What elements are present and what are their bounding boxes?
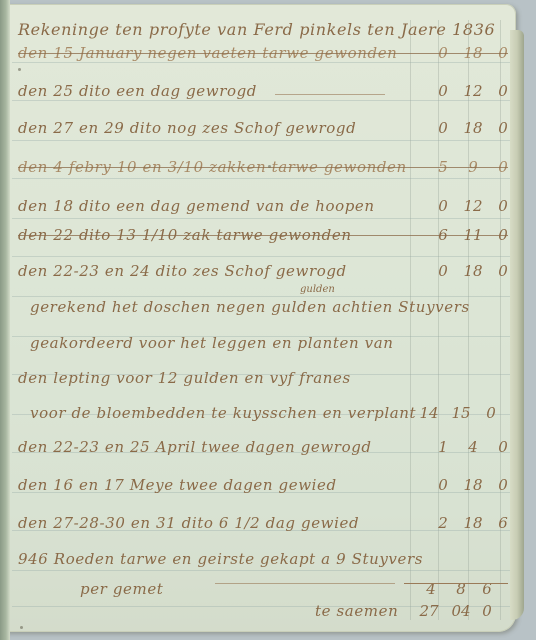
amount-stuyvers: 12 — [462, 82, 484, 100]
entry-text: den lepting voor 12 gulden en vyf franes — [18, 369, 351, 387]
amount-gulden: 0 — [432, 197, 454, 215]
entry-text: den 4 febry 10 en 3/10 zakken tarwe gewo… — [18, 158, 407, 176]
amount-gulden: 6 — [432, 226, 454, 244]
amount-penningen: 0 — [492, 438, 514, 456]
amount-gulden: 2 — [432, 514, 454, 532]
entry-text: per gemet — [80, 580, 163, 598]
ledger-entry: den 4 febry 10 en 3/10 zakken tarwe gewo… — [18, 152, 508, 182]
amount-gulden: 0 — [432, 44, 454, 62]
ledger-entry: den 22 dito 13 1/10 zak tarwe gewonden 6… — [18, 220, 508, 250]
amount-gulden: 5 — [432, 158, 454, 176]
ledger-entry: voor de bloembedden te kuysschen en verp… — [30, 398, 520, 428]
ledger-total: te saemen 27 04 0 — [300, 596, 510, 626]
amount-stuyvers: 12 — [462, 197, 484, 215]
entry-text: 946 Roeden tarwe en geirste gekapt a 9 S… — [18, 550, 423, 568]
amount-penningen: 6 — [492, 514, 514, 532]
total-label: te saemen — [315, 602, 398, 620]
ledger-entry: den 22-23 en 25 April twee dagen gewrogd… — [18, 432, 508, 462]
amount-penningen: 0 — [492, 119, 514, 137]
amount-penningen: 0 — [480, 404, 502, 422]
book-binding — [0, 0, 10, 640]
entry-text: den 18 dito een dag gemend van de hoopen — [18, 197, 375, 215]
entry-text: den 22-23 en 25 April twee dagen gewrogd — [18, 438, 372, 456]
amount-stuyvers: 18 — [462, 514, 484, 532]
ledger-entry: den 27 en 29 dito nog zes Schof gewrogd … — [18, 113, 508, 143]
ledger-entry: geakordeerd voor het leggen en planten v… — [30, 328, 520, 358]
ledger-entry: den 22-23 en 24 dito zes Schof gewrogd 0… — [18, 256, 508, 286]
amount-penningen: 0 — [492, 476, 514, 494]
ledger-entry: den 15 January negen vaeten tarwe gewond… — [18, 38, 508, 68]
entry-text: den 27 en 29 dito nog zes Schof gewrogd — [18, 119, 356, 137]
amount-penningen: 0 — [492, 82, 514, 100]
amount-stuyvers: 15 — [450, 404, 472, 422]
total-penningen: 0 — [476, 602, 498, 620]
amount-penningen: 0 — [492, 197, 514, 215]
ledger-entry: den lepting voor 12 gulden en vyf franes — [18, 363, 508, 393]
entry-text: den 16 en 17 Meye twee dagen gewied — [18, 476, 337, 494]
ledger-entry: den 25 dito een dag gewrogd 0 12 0 — [18, 76, 508, 106]
amount-penningen: 0 — [492, 226, 514, 244]
total-stuyvers: 04 — [450, 602, 472, 620]
entry-text: voor de bloembedden te kuysschen en verp… — [30, 404, 416, 422]
amount-gulden: 0 — [432, 119, 454, 137]
entry-text: gerekend het doschen negen gulden achtie… — [30, 298, 470, 316]
amount-gulden: 0 — [432, 262, 454, 280]
amount-stuyvers: 11 — [462, 226, 484, 244]
paper-speck — [18, 68, 21, 71]
total-gulden: 27 — [418, 602, 440, 620]
ledger-entry: 946 Roeden tarwe en geirste gekapt a 9 S… — [18, 544, 508, 574]
amount-stuyvers: 4 — [462, 438, 484, 456]
ledger-entry: den 16 en 17 Meye twee dagen gewied 0 18… — [18, 470, 508, 500]
paper-speck — [268, 165, 271, 168]
heading-text: Rekeninge ten profyte van Ferd pinkels t… — [18, 20, 495, 39]
amount-stuyvers: 18 — [462, 44, 484, 62]
amount-gulden: 0 — [432, 82, 454, 100]
entry-text: den 22 dito 13 1/10 zak tarwe gewonden — [18, 226, 352, 244]
amount-gulden: 0 — [432, 476, 454, 494]
amount-stuyvers: 18 — [462, 119, 484, 137]
ledger-photo: Rekeninge ten profyte van Ferd pinkels t… — [0, 0, 536, 640]
amount-penningen: 0 — [492, 158, 514, 176]
entry-text: den 15 January negen vaeten tarwe gewond… — [18, 44, 397, 62]
amount-penningen: 0 — [492, 262, 514, 280]
entry-text: den 25 dito een dag gewrogd — [18, 82, 257, 100]
ledger-entry: den 18 dito een dag gemend van de hoopen… — [18, 191, 508, 221]
amount-gulden: 14 — [418, 404, 440, 422]
entry-text: den 22-23 en 24 dito zes Schof gewrogd — [18, 262, 347, 280]
ledger-entry: den 27-28-30 en 31 dito 6 1/2 dag gewied… — [18, 508, 508, 538]
amount-gulden: 1 — [432, 438, 454, 456]
ledger-entry: gerekend het doschen negen gulden achtie… — [30, 292, 520, 322]
filler-line — [215, 583, 395, 584]
filler-line — [275, 94, 385, 95]
entry-text: den 27-28-30 en 31 dito 6 1/2 dag gewied — [18, 514, 359, 532]
amount-stuyvers: 18 — [462, 476, 484, 494]
total-rule — [404, 583, 508, 584]
amount-penningen: 0 — [492, 44, 514, 62]
amount-stuyvers: 9 — [462, 158, 484, 176]
paper-speck — [20, 626, 23, 629]
amount-stuyvers: 18 — [462, 262, 484, 280]
entry-text: geakordeerd voor het leggen en planten v… — [30, 334, 394, 352]
